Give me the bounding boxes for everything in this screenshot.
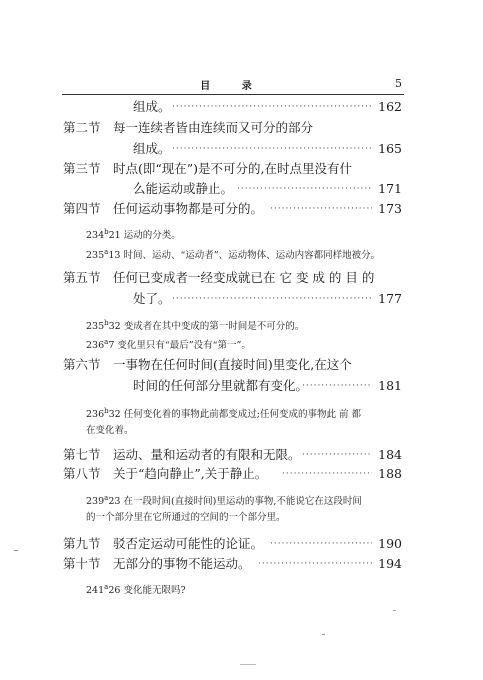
- scan-speck: [322, 634, 325, 635]
- entry-page: 177: [378, 290, 402, 308]
- header-page-number: 5: [395, 77, 402, 90]
- header-rule: [62, 94, 404, 95]
- note-text: 变成者在其中变成的第一时间是不可分的。: [124, 321, 305, 332]
- section-label: 第十节: [63, 555, 101, 573]
- dot-leader: ········································…: [172, 290, 372, 308]
- section-title: 无部分的事物不能运动。: [113, 555, 251, 573]
- section-label: 第三节: [63, 160, 101, 178]
- toc-section-8: 第八节 关于“趋向静止”,关于静止。 ·····················…: [0, 465, 483, 483]
- scan-speck: [14, 550, 18, 551]
- dot-leader: ································: [270, 535, 372, 553]
- dot-leader: ································: [270, 200, 372, 218]
- toc-section-5: 第五节 任何已变成者一经变成就已在 它 变 成 的 目 的: [0, 269, 483, 287]
- section-title: 驳否定运动可能性的论证。: [113, 535, 263, 553]
- note-text: 运动的分类。: [124, 230, 181, 241]
- dot-leader: ····································: [258, 555, 372, 573]
- toc-section-6: 第六节 一事物在任何时间(直接时间)里变化,在这个: [0, 356, 483, 374]
- toc-section-10: 第十节 无部分的事物不能运动。 ························…: [0, 555, 483, 573]
- section-title: 任何已变成者一经变成就已在 它 变 成 的 目 的: [113, 269, 374, 287]
- entry-text: 么能运动或静止。: [133, 180, 233, 198]
- section-title: 运动、量和运动者的有限和无限。: [113, 446, 301, 464]
- entry-page: 171: [378, 180, 402, 198]
- toc-section-7: 第七节 运动、量和运动者的有限和无限。 ····················…: [0, 446, 483, 464]
- toc-note: 234b21 运动的分类。: [86, 225, 181, 243]
- section-title: 每一连续者皆由连续而又可分的部分: [113, 119, 313, 137]
- entry-page: 165: [378, 140, 402, 158]
- entry-page: 184: [378, 446, 402, 464]
- entry-text: 组成。: [133, 140, 171, 158]
- section-title: 关于“趋向静止”,关于静止。: [113, 465, 267, 483]
- section-label: 第四节: [63, 200, 101, 218]
- toc-note: 235b32 变成者在其中变成的第一时间是不可分的。: [86, 316, 304, 334]
- note-text: 任何变化着的事物此前都变成过;任何变成的事物此 前 都: [124, 409, 361, 420]
- entry-text: 组成。: [133, 98, 171, 116]
- note-text: 变化能无限吗?: [123, 585, 185, 596]
- entry-page: 194: [378, 555, 402, 573]
- scan-speck: [393, 610, 396, 611]
- dot-leader: ······················: [302, 446, 372, 464]
- toc-note: 236b32 任何变化着的事物此前都变成过;任何变成的事物此 前 都: [86, 404, 361, 422]
- toc-note: 236a7 变化里只有“最后”没有“第一”。: [86, 335, 251, 353]
- section-label: 第二节: [63, 119, 101, 137]
- note-text: 在一段时间(直接时间)里运动的事物,不能说它在这段时间: [123, 496, 361, 507]
- toc-note-continuation: 在变化着。: [86, 424, 134, 438]
- dot-leader: ········································…: [237, 180, 372, 198]
- dot-leader: ····························: [282, 465, 372, 483]
- entry-page: 181: [378, 377, 402, 395]
- section-title: 时点(即“现在”)是不可分的,在时点里没有什: [113, 160, 352, 178]
- toc-entry-continuation: 么能运动或静止。 ·······························…: [0, 180, 483, 198]
- note-text: 时间、运动、“运动者”、运动物体、运动内容都同样地被分。: [123, 250, 380, 261]
- toc-note: 241a26 变化能无限吗?: [86, 580, 186, 598]
- note-text: 的一个部分里在它所通过的空间的一个部分里。: [86, 512, 286, 523]
- toc-note: 235a13 时间、运动、“运动者”、运动物体、运动内容都同样地被分。: [86, 245, 380, 263]
- entry-page: 173: [378, 200, 402, 218]
- toc-entry-continuation: 处了。 ····································…: [0, 290, 483, 308]
- section-title: 一事物在任何时间(直接时间)里变化,在这个: [113, 356, 352, 374]
- running-header: 目 录 5: [62, 77, 404, 93]
- toc-note-continuation: 的一个部分里在它所通过的空间的一个部分里。: [86, 511, 286, 525]
- entry-text: 处了。: [133, 290, 171, 308]
- entry-page: 188: [378, 465, 402, 483]
- toc-section-3: 第三节 时点(即“现在”)是不可分的,在时点里没有什: [0, 160, 483, 178]
- entry-page: 162: [378, 98, 402, 116]
- toc-section-9: 第九节 驳否定运动可能性的论证。 ·······················…: [0, 535, 483, 553]
- toc-section-2: 第二节 每一连续者皆由连续而又可分的部分: [0, 119, 483, 137]
- section-label: 第七节: [63, 446, 101, 464]
- section-label: 第六节: [63, 356, 101, 374]
- toc-note: 239a23 在一段时间(直接时间)里运动的事物,不能说它在这段时间: [86, 491, 362, 509]
- entry-text: 时间的任何部分里就都有变化。: [133, 377, 308, 395]
- section-label: 第五节: [63, 269, 101, 287]
- entry-page: 190: [378, 535, 402, 553]
- toc-entry-continuation: 组成。 ····································…: [0, 98, 483, 116]
- dot-leader: ········································…: [172, 98, 372, 116]
- dot-leader: ········································…: [172, 140, 372, 158]
- scan-speck: [240, 664, 256, 665]
- header-title: 目 录: [62, 77, 404, 92]
- toc-section-4: 第四节 任何运动事物都是可分的。 ·······················…: [0, 200, 483, 218]
- toc-entry-continuation: 时间的任何部分里就都有变化。 ······················ 18…: [0, 377, 483, 395]
- note-text: 变化里只有“最后”没有“第一”。: [117, 340, 250, 351]
- section-title: 任何运动事物都是可分的。: [113, 200, 263, 218]
- note-text: 在变化着。: [86, 425, 134, 436]
- section-label: 第九节: [63, 535, 101, 553]
- section-label: 第八节: [63, 465, 101, 483]
- toc-entry-continuation: 组成。 ····································…: [0, 140, 483, 158]
- dot-leader: ······················: [302, 377, 372, 395]
